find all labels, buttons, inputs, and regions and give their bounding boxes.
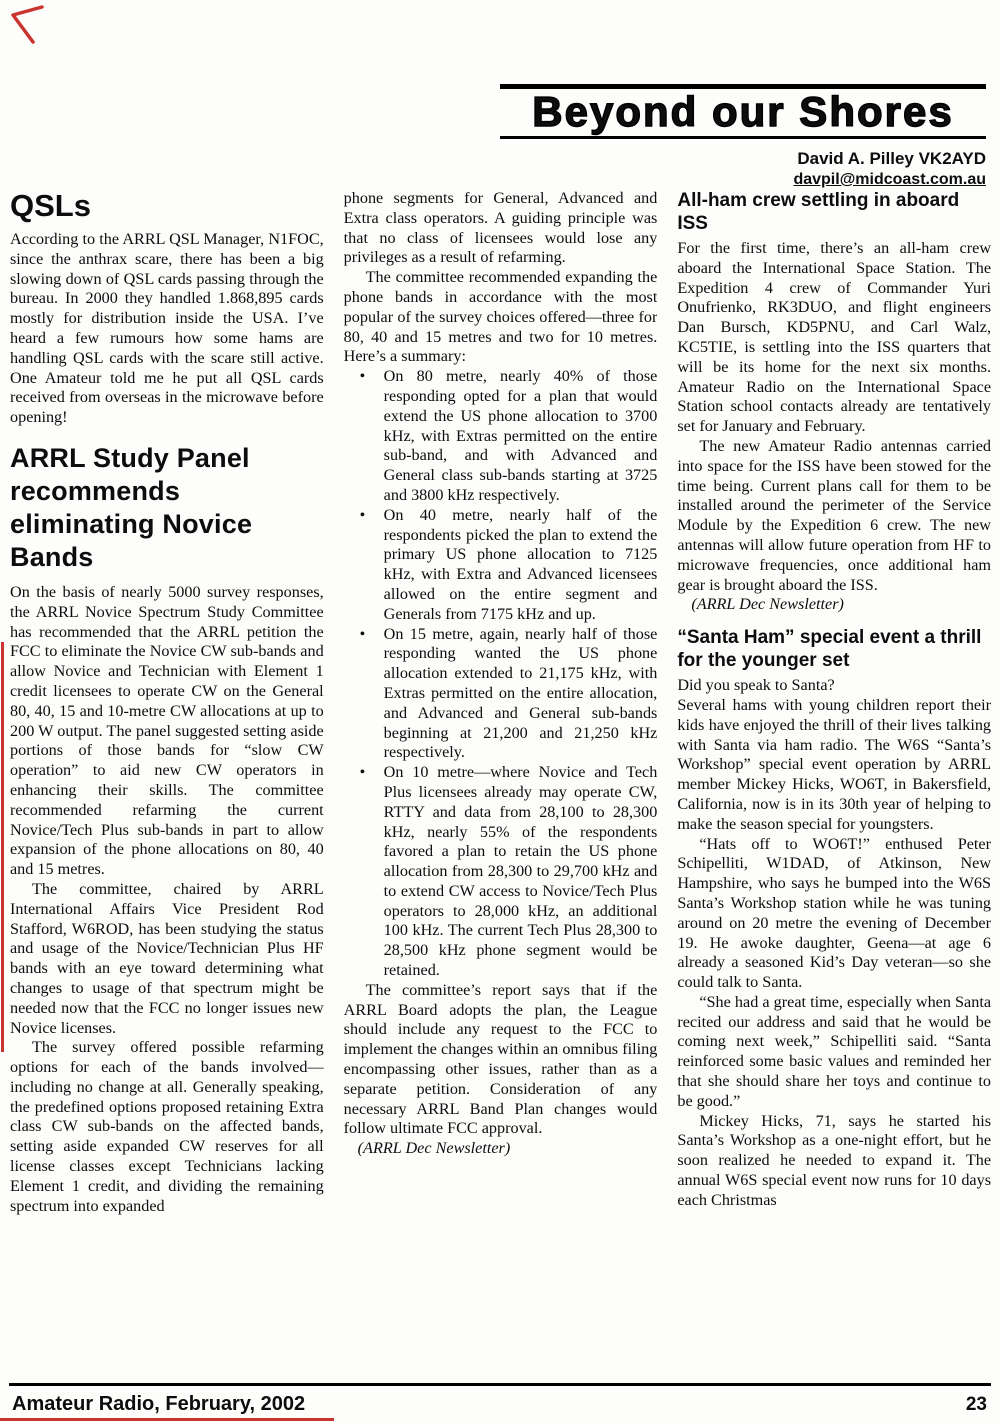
study-paragraph-3: The survey offered possible refarming op…: [10, 1038, 324, 1216]
santa-paragraph-5: Mickey Hicks, 71, says he started his Sa…: [677, 1112, 991, 1211]
qsl-paragraph: According to the ARRL QSL Manager, N1FOC…: [10, 230, 324, 428]
author-email: davpil@midcoast.com.au: [500, 169, 986, 191]
middle-paragraph-2: The committee recommended expanding the …: [344, 268, 658, 367]
bullet-icon: •: [344, 763, 384, 981]
list-item: • On 15 metre, again, nearly half of tho…: [344, 625, 658, 764]
page-number: 23: [966, 1394, 987, 1416]
study-paragraph-1: On the basis of nearly 5000 survey respo…: [10, 583, 324, 880]
journal-title-date: Amateur Radio, February, 2002: [12, 1393, 305, 1416]
heading-iss: All-ham crew settling in aboard ISS: [677, 189, 991, 235]
page-title: Beyond our Shores: [500, 90, 986, 134]
footer-rule: [9, 1383, 991, 1386]
santa-paragraph-3: “Hats off to WO6T!” enthused Peter Schip…: [677, 835, 991, 993]
magazine-page: Beyond our Shores David A. Pilley VK2AYD…: [0, 0, 1000, 1423]
red-corner-mark: [4, 2, 54, 48]
bullet-icon: •: [344, 625, 384, 764]
column-middle: phone segments for General, Advanced and…: [344, 189, 658, 1381]
list-item: • On 80 metre, nearly 40% of those respo…: [344, 367, 658, 506]
heading-qsls: QSLs: [10, 189, 324, 223]
author-byline: David A. Pilley VK2AYD: [500, 149, 986, 169]
band-summary-list: • On 80 metre, nearly 40% of those respo…: [344, 367, 658, 981]
santa-paragraph-2: Several hams with young children report …: [677, 696, 991, 835]
middle-paragraph-3: The committee’s report says that if the …: [344, 981, 658, 1139]
bullet-10m: On 10 metre—where Novice and Tech Plus l…: [384, 763, 658, 981]
article-columns: QSLs According to the ARRL QSL Manager, …: [10, 189, 991, 1381]
list-item: • On 10 metre—where Novice and Tech Plus…: [344, 763, 658, 981]
santa-paragraph-4: “She had a great time, especially when S…: [677, 993, 991, 1112]
middle-paragraph-1: phone segments for General, Advanced and…: [344, 189, 658, 268]
bullet-icon: •: [344, 506, 384, 625]
santa-paragraph-1: Did you speak to Santa?: [677, 676, 991, 696]
bullet-icon: •: [344, 367, 384, 506]
iss-paragraph-2: The new Amateur Radio antennas carried i…: [677, 437, 991, 595]
heading-arrl-study-panel: ARRL Study Panel recommends eliminating …: [10, 442, 324, 574]
source-credit: (ARRL Dec Newsletter): [344, 1139, 658, 1159]
column-left: QSLs According to the ARRL QSL Manager, …: [10, 189, 324, 1381]
bullet-15m: On 15 metre, again, nearly half of those…: [384, 625, 658, 764]
bullet-80m: On 80 metre, nearly 40% of those respond…: [384, 367, 658, 506]
footer: Amateur Radio, February, 2002 23: [12, 1393, 987, 1416]
heading-santa-ham: “Santa Ham” special event a thrill for t…: [677, 626, 991, 672]
byline-block: David A. Pilley VK2AYD davpil@midcoast.c…: [500, 149, 986, 191]
bullet-40m: On 40 metre, nearly half of the responde…: [384, 506, 658, 625]
masthead-rule-bottom: [500, 136, 986, 139]
red-bottom-edge-mark: [0, 1418, 334, 1421]
iss-paragraph-1: For the first time, there’s an all-ham c…: [677, 239, 991, 437]
study-paragraph-2: The committee, chaired by ARRL Internati…: [10, 880, 324, 1038]
column-right: All-ham crew settling in aboard ISS For …: [677, 189, 991, 1381]
masthead: Beyond our Shores David A. Pilley VK2AYD…: [500, 84, 986, 191]
source-credit: (ARRL Dec Newsletter): [677, 595, 991, 615]
list-item: • On 40 metre, nearly half of the respon…: [344, 506, 658, 625]
red-left-edge-mark: [1, 642, 4, 1052]
